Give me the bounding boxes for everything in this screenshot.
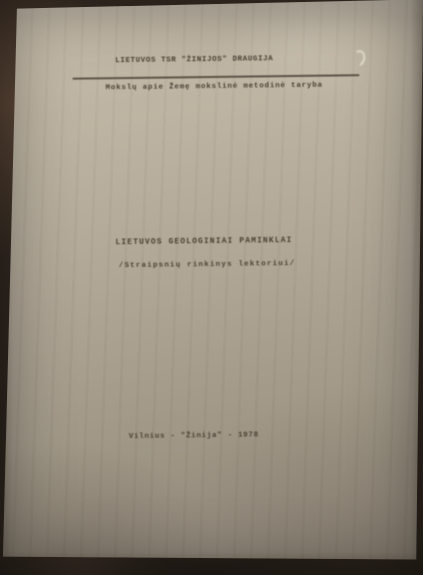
typewritten-content: LIETUVOS TSR "ŽINIJOS" DRAUGIJA Mokslų a… (0, 0, 423, 575)
imprint-line: Vilnius - "Žinija" - 1978 (129, 431, 259, 441)
page-title: LIETUVOS GEOLOGINIAI PAMINKLAI (115, 236, 292, 247)
photo-of-title-page: LIETUVOS TSR "ŽINIJOS" DRAUGIJA Mokslų a… (0, 0, 423, 575)
organization-line: LIETUVOS TSR "ŽINIJOS" DRAUGIJA (115, 55, 273, 65)
council-line: Mokslų apie Žemę mokslinė metodinė taryb… (106, 82, 323, 93)
header-rule (72, 74, 359, 80)
page-subtitle: /Straipsnių rinkinys lektoriui/ (119, 260, 296, 270)
